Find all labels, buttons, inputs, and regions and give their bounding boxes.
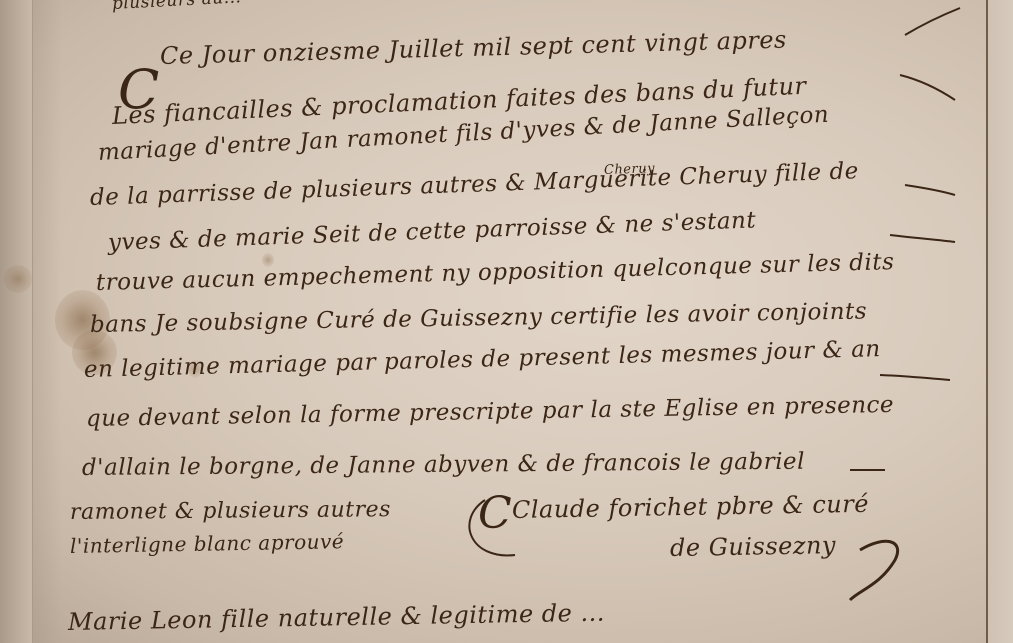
document-photo: plusieurs au... C Ce Jour onziesme Juill… xyxy=(0,0,1013,643)
handwriting-flourishes xyxy=(0,0,1013,643)
